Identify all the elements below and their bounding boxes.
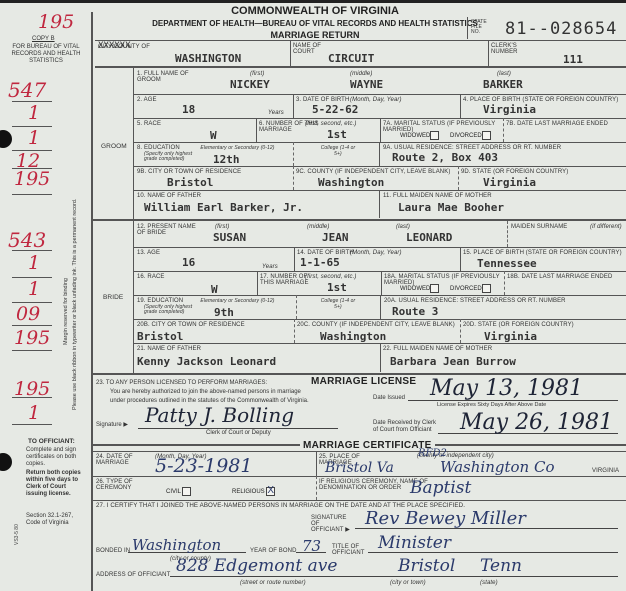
widowed-label: WIDOWED	[400, 133, 430, 139]
bride-mother-label: 22. FULL MAIDEN NAME OF MOTHER	[383, 346, 492, 352]
binding-hole	[0, 453, 12, 471]
license-instruction-2: You are hereby authorized to join the ab…	[110, 389, 301, 396]
street-hint: (street or route number)	[240, 580, 306, 586]
groom-pob: Virginia	[483, 103, 536, 116]
groom-race-label: 5. RACE	[137, 121, 161, 127]
officiant-signature: Rev Bewey Miller	[365, 508, 526, 529]
groom-father-label: 10. NAME OF FATHER	[137, 193, 201, 199]
marriage-place: Bristol Va	[325, 460, 394, 476]
bride-name-label: 12. PRESENT NAME OF BRIDE	[137, 224, 202, 236]
commonwealth-title: COMMONWEALTH OF VIRGINIA	[95, 5, 535, 17]
bride-pob: Tennessee	[477, 257, 537, 270]
bride-code-3: 1	[28, 278, 40, 300]
copy-number-handwritten: 195	[38, 11, 74, 33]
officiant-instructions-title: TO OFFICIANT:	[28, 438, 75, 445]
marriage-license-title: MARRIAGE LICENSE	[311, 376, 416, 387]
maiden-surname-label: MAIDEN SURNAME	[511, 224, 567, 230]
bride-first-name: SUSAN	[213, 231, 246, 244]
bride-county: Washington	[320, 330, 386, 343]
date-received: May 26, 1981	[460, 410, 613, 435]
denomination: Baptist	[410, 478, 471, 498]
groom-mother: Laura Mae Booher	[398, 201, 504, 214]
bond-year-label: YEAR OF BOND	[250, 548, 297, 554]
bride-age-label: 13. AGE	[137, 250, 160, 256]
clerk-of-court-label: Clerk of Court or Deputy	[206, 430, 271, 437]
groom-section-label: GROOM	[101, 144, 127, 150]
officiant-title-label: TITLE OF OFFICIANT	[332, 544, 368, 556]
bride-pob-label: 15. PLACE OF BIRTH (state or foreign cou…	[463, 250, 622, 256]
groom-age: 18	[182, 103, 195, 116]
groom-city: Bristol	[167, 176, 213, 189]
groom-widowed-checkbox[interactable]: WIDOWED	[400, 131, 439, 140]
officiant-instruction-1: Complete and sign certificates on both c…	[26, 447, 88, 468]
bride-last-name: LEONARD	[406, 231, 452, 244]
bride-state: Virginia	[484, 330, 537, 343]
groom-dob: 5-22-62	[312, 103, 358, 116]
clerk-number-value: 111	[563, 53, 583, 66]
bonded-in: Washington	[132, 536, 221, 554]
groom-marriage-number: 1st	[327, 128, 347, 141]
groom-code-5: 195	[14, 168, 50, 190]
marriage-place-state: VIRGINIA	[592, 468, 619, 474]
years-label: Years	[262, 264, 278, 270]
department-title: DEPARTMENT OF HEALTH—BUREAU OF VITAL REC…	[95, 19, 535, 28]
marriage-date-label: 24. DATE OF MARRIAGE	[96, 454, 141, 466]
groom-divorced-checkbox[interactable]: DIVORCED	[450, 131, 491, 140]
code-reference: Section 32.1-267, Code of Virginia	[26, 513, 88, 527]
signature-label: Signature ▶	[96, 422, 128, 429]
years-label: Years	[268, 110, 284, 116]
license-instruction-1: 23. TO ANY PERSON LICENSED TO PERFORM MA…	[96, 380, 267, 387]
license-code-2: 1	[28, 402, 40, 424]
bride-last-marriage-ended-label: 18b. DATE LAST MARRIAGE ENDED	[507, 274, 612, 280]
college-label: College (1-4 or 5+)	[318, 298, 358, 310]
license-expiry-note: License Expires Sixty Days After Above D…	[437, 402, 546, 409]
bride-father-label: 21. NAME OF FATHER	[137, 346, 201, 352]
date-issued: May 13, 1981	[430, 376, 583, 401]
groom-code-3: 1	[28, 127, 40, 149]
officiant-instruction-2: Return both copies within five days to C…	[26, 470, 88, 498]
ink-instruction-vertical: Please use black ribbon in typewriter or…	[72, 190, 78, 410]
copy-label: COPY B	[32, 36, 55, 43]
form-header: COMMONWEALTH OF VIRGINIA DEPARTMENT OF H…	[95, 3, 626, 41]
bride-code-4: 09	[16, 303, 40, 325]
groom-last-name: BARKER	[483, 78, 523, 91]
binding-hole	[0, 130, 12, 148]
bride-residence-label: 20a. USUAL RESIDENCE: STREET ADDRESS OR …	[384, 298, 566, 304]
bride-code-1: 543	[8, 228, 46, 252]
education-hint: (Specify only highest grade completed)	[144, 152, 199, 162]
bride-father: Kenny Jackson Leonard	[137, 355, 276, 368]
last-name-hint: (last)	[396, 224, 410, 230]
groom-middle-name: WAYNE	[350, 78, 383, 91]
court-value: CIRCUIT	[328, 52, 374, 65]
state-file-number: 81--028654	[505, 19, 617, 39]
date-issued-label: Date Issued	[373, 395, 405, 402]
college-label: College (1-4 or 5+)	[318, 145, 358, 157]
groom-mother-label: 11. FULL MAIDEN NAME OF MOTHER	[383, 193, 492, 199]
middle-name-hint: (middle)	[350, 71, 372, 77]
bride-code-2: 1	[28, 252, 40, 274]
religious-checkbox[interactable]: RELIGIOUS X	[232, 487, 275, 496]
county-struck-text: XXXXXX	[98, 41, 131, 51]
divorced-label: DIVORCED	[450, 133, 482, 139]
date-received-label: Date Received by Clerk of Court from Off…	[373, 420, 438, 434]
elementary-label: Elementary or Secondary (0-12)	[200, 145, 275, 151]
groom-state: Virginia	[483, 176, 536, 189]
middle-name-hint: (middle)	[307, 224, 329, 230]
groom-education: 12th	[213, 153, 240, 166]
officiant-address-street: 828 Edgemont ave	[176, 556, 337, 576]
dob-hint: (Month, Day, Year)	[350, 250, 402, 256]
city-hint: (city or town)	[390, 580, 426, 586]
bride-dob: 1-1-65	[300, 256, 340, 269]
religious-label: RELIGIOUS	[232, 489, 265, 495]
officiant-address-city: Bristol	[398, 556, 455, 576]
first-name-hint: (first)	[215, 224, 229, 230]
last-name-hint: (last)	[497, 71, 511, 77]
education-hint: (Specify only highest grade completed)	[144, 305, 199, 315]
officiant-signature-label: SIGNATURE OF OFFICIANT ▶	[311, 515, 353, 533]
officiant-address-label: ADDRESS OF OFFICIANT	[96, 572, 170, 578]
clerk-number-label: CLERK'S NUMBER	[491, 43, 521, 55]
bride-marriage-number: 1st	[327, 281, 347, 294]
groom-county: Washington	[318, 176, 384, 189]
bride-age: 16	[182, 256, 195, 269]
county-value: WASHINGTON	[175, 52, 241, 65]
bride-middle-name: JEAN	[322, 231, 349, 244]
ceremony-type-label: 26. TYPE OF CEREMONY	[96, 479, 141, 491]
bride-code-5: 195	[14, 327, 50, 349]
civil-checkbox[interactable]: CIVIL	[166, 487, 191, 496]
officiant-title: Minister	[378, 533, 451, 553]
bride-widowed-checkbox[interactable]: WIDOWED	[400, 284, 439, 293]
form-title: MARRIAGE RETURN	[95, 30, 535, 40]
maiden-surname-hint: (if different)	[590, 224, 622, 230]
court-label: NAME OF COURT	[293, 43, 333, 55]
groom-code-1: 547	[8, 78, 46, 102]
bride-race-label: 16. RACE	[137, 274, 164, 280]
marriage-number-hint: (first, second, etc.)	[305, 121, 356, 127]
groom-race: W	[210, 129, 217, 142]
widowed-label: WIDOWED	[400, 286, 430, 292]
bride-city: Bristol	[137, 330, 183, 343]
groom-first-name: NICKEY	[230, 78, 270, 91]
groom-father: William Earl Barker, Jr.	[144, 201, 303, 214]
divorced-label: DIVORCED	[450, 286, 482, 292]
marriage-certificate-title: MARRIAGE CERTIFICATE	[300, 440, 435, 451]
marriage-number-hint: (first, second, etc.)	[305, 274, 356, 280]
state-file-label: STATE FILE NO.	[471, 20, 491, 35]
bride-mother: Barbara Jean Burrow	[390, 355, 516, 368]
bride-state-label: 20d. STATE (OR FOREIGN COUNTRY)	[463, 322, 574, 328]
bond-year: 73	[302, 537, 321, 555]
groom-county-label: 9c. COUNTY (if independent city, leave b…	[296, 169, 450, 175]
groom-code-2: 1	[28, 102, 40, 124]
copy-description: FOR BUREAU OF VITAL RECORDS AND HEALTH S…	[2, 44, 90, 65]
groom-last-marriage-ended-label: 7b. DATE LAST MARRIAGE ENDED	[506, 121, 608, 127]
bride-city-label: 20b. CITY OR TOWN OF RESIDENCE	[137, 322, 245, 328]
groom-state-label: 9d. STATE (OR FOREIGN COUNTRY)	[461, 169, 568, 175]
groom-city-label: 9b. CITY OR TOWN OF RESIDENCE	[137, 169, 241, 175]
state-hint: (state)	[480, 580, 498, 586]
first-name-hint: (first)	[250, 71, 264, 77]
form-code: VS3-5 80	[14, 524, 20, 545]
groom-age-label: 2. AGE	[137, 97, 157, 103]
bride-residence: Route 3	[392, 305, 438, 318]
bonded-in-label: BONDED IN	[96, 548, 130, 554]
officiant-address-state: Tenn	[480, 556, 522, 576]
groom-residence: Route 2, Box 403	[392, 151, 498, 164]
marriage-date: 5-23-1981	[155, 455, 252, 477]
bride-divorced-checkbox[interactable]: DIVORCED	[450, 284, 491, 293]
bride-county-label: 20c. COUNTY (if independent city, leave …	[297, 322, 455, 328]
bride-education: 9th	[214, 306, 234, 319]
marriage-place-county: Washington Co	[440, 458, 554, 476]
elementary-label: Elementary or Secondary (0-12)	[200, 298, 275, 304]
bride-section-label: BRIDE	[103, 295, 123, 301]
religious-check-mark: X	[267, 485, 274, 496]
binding-margin-note: Margin reserved for binding	[63, 225, 69, 345]
groom-name-label: 1. FULL NAME OF GROOM	[137, 71, 197, 83]
civil-label: CIVIL	[166, 489, 181, 495]
clerk-signature: Patty J. Bolling	[145, 403, 294, 427]
